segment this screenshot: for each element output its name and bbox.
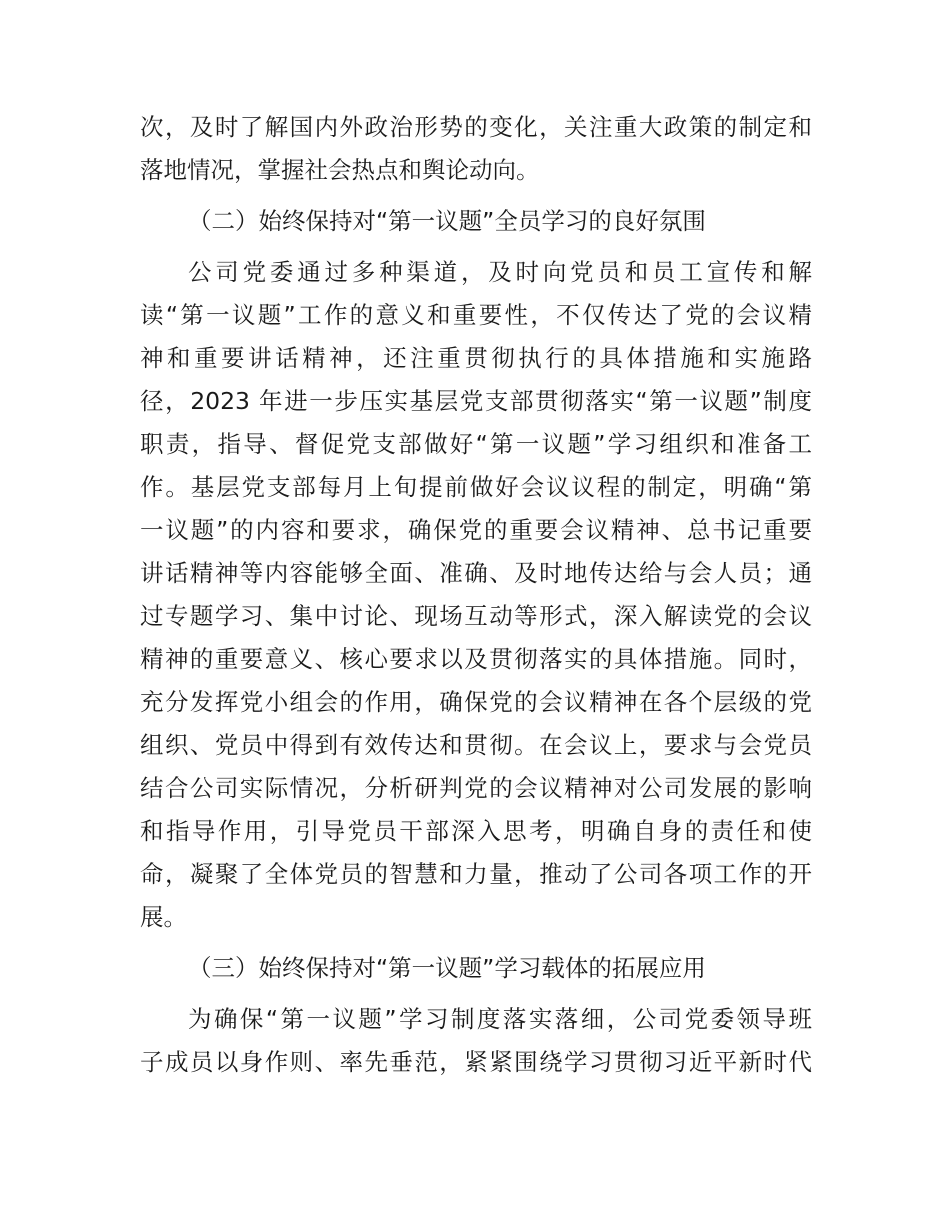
text-line: 展。 bbox=[140, 896, 812, 939]
text-line: 作。基层党支部每月上旬提前做好会议议程的制定，明确“第 bbox=[140, 466, 812, 509]
text-line: 径，2023 年进一步压实基层党支部贯彻落实“第一议题”制度 bbox=[140, 380, 812, 423]
text-line: 公司党委通过多种渠道，及时向党员和员工宣传和解 bbox=[140, 251, 812, 294]
text-line: 和指导作用，引导党员干部深入思考，明确自身的责任和使 bbox=[140, 810, 812, 853]
text-line: 为确保“第一议题”学习制度落实落细，公司党委领导班 bbox=[140, 998, 812, 1041]
text-line: 组织、党员中得到有效传达和贯彻。在会议上，要求与会党员 bbox=[140, 724, 812, 767]
paragraph-continued: 次，及时了解国内外政治形势的变化，关注重大政策的制定和 落地情况，掌握社会热点和… bbox=[140, 106, 812, 192]
paragraph-body: 公司党委通过多种渠道，及时向党员和员工宣传和解 读“第一议题”工作的意义和重要性… bbox=[140, 251, 812, 939]
text-line: 结合公司实际情况，分析研判党的会议精神对公司发展的影响 bbox=[140, 767, 812, 810]
text-line: 次，及时了解国内外政治形势的变化，关注重大政策的制定和 bbox=[140, 106, 812, 149]
document-page: 次，及时了解国内外政治形势的变化，关注重大政策的制定和 落地情况，掌握社会热点和… bbox=[140, 106, 812, 1084]
text-line: 精神的重要意义、核心要求以及贯彻落实的具体措施。同时， bbox=[140, 638, 812, 681]
section-heading-2: （二）始终保持对“第一议题”全员学习的良好氛围 bbox=[140, 200, 812, 243]
text-line: 充分发挥党小组会的作用，确保党的会议精神在各个层级的党 bbox=[140, 681, 812, 724]
text-line: 讲话精神等内容能够全面、准确、及时地传达给与会人员；通 bbox=[140, 552, 812, 595]
text-line: 过专题学习、集中讨论、现场互动等形式，深入解读党的会议 bbox=[140, 595, 812, 638]
paragraph-body: 为确保“第一议题”学习制度落实落细，公司党委领导班 子成员以身作则、率先垂范，紧… bbox=[140, 998, 812, 1084]
text-line: 神和重要讲话精神，还注重贯彻执行的具体措施和实施路 bbox=[140, 337, 812, 380]
text-line: 读“第一议题”工作的意义和重要性，不仅传达了党的会议精 bbox=[140, 294, 812, 337]
text-line: 落地情况，掌握社会热点和舆论动向。 bbox=[140, 149, 812, 192]
text-line: 一议题”的内容和要求，确保党的重要会议精神、总书记重要 bbox=[140, 509, 812, 552]
text-line: 命，凝聚了全体党员的智慧和力量，推动了公司各项工作的开 bbox=[140, 853, 812, 896]
section-heading-3: （三）始终保持对“第一议题”学习载体的拓展应用 bbox=[140, 947, 812, 990]
text-line: 职责，指导、督促党支部做好“第一议题”学习组织和准备工 bbox=[140, 423, 812, 466]
text-line: 子成员以身作则、率先垂范，紧紧围绕学习贯彻习近平新时代 bbox=[140, 1041, 812, 1084]
